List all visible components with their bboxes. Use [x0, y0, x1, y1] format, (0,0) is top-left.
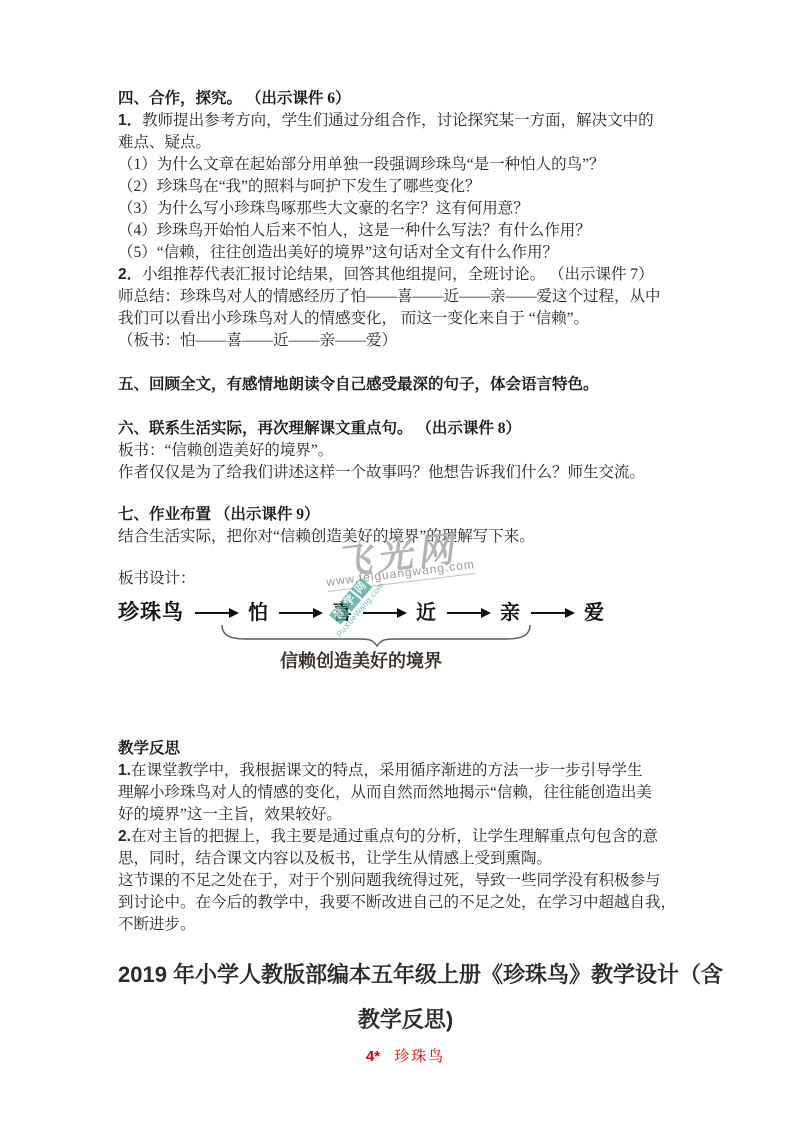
list-number: 2.: [118, 828, 131, 845]
text-line: （3）为什么写小珍珠鸟啄那些大文豪的名字？这有何用意？: [118, 198, 693, 220]
list-number: 1．: [118, 112, 142, 129]
text-line: 2.在对主旨的把握上，我主要是通过重点句的分析，让学生理解重点句包含的意: [118, 826, 693, 848]
text-line: 教学反思: [118, 738, 693, 760]
lesson-number: 4*: [366, 1048, 380, 1065]
lesson-name: 珍珠鸟: [394, 1049, 445, 1065]
text-line: （4）珍珠鸟开始怕人后来不怕人，这是一种什么写法？有什么作用？: [118, 220, 693, 242]
section: 四、合作，探究。 （出示课件 6）1．教师提出参考方向，学生们通过分组合作，讨论…: [118, 88, 693, 352]
text-line: 七、作业布置 （出示课件 9）: [118, 504, 693, 526]
section: 五、回顾全文，有感情地朗读令自己感受最深的句子，体会语言特色。: [118, 374, 693, 396]
board-term: 亲: [500, 602, 520, 624]
text-line: 思，同时，结合课文内容以及板书，让学生从情感上受到熏陶。: [118, 848, 693, 870]
document-page: { "page": {"background": "#ffffff", "tex…: [0, 0, 793, 1122]
document-title: 2019 年小学人教版部编本五年级上册《珍珠鸟》教学设计（含 教学反思): [118, 952, 693, 1042]
text-line: 板书：“信赖创造美好的境界”。: [118, 440, 693, 462]
text-line: 五、回顾全文，有感情地朗读令自己感受最深的句子，体会语言特色。: [118, 374, 693, 396]
board-caption: 信赖创造美好的境界: [280, 650, 442, 672]
board-term: 近: [416, 602, 436, 624]
text-line: 1.在课堂教学中，我根据课文的特点，采用循序渐进的方法一步一步引导学生: [118, 760, 693, 782]
text-line: 不断进步。: [118, 914, 693, 936]
board-subject: 珍珠鸟: [118, 602, 184, 624]
right-arrow-icon: [447, 612, 489, 614]
document-title-line1: 2019 年小学人教版部编本五年级上册《珍珠鸟》教学设计（含: [118, 952, 693, 997]
section: 六、联系生活实际，再次理解课文重点句。 （出示课件 8）板书：“信赖创造美好的境…: [118, 418, 693, 484]
text-line: 作者仅仅是为了给我们讲述这样一个故事吗？他想告诉我们什么？师生交流。: [118, 462, 693, 484]
right-arrow-icon: [531, 612, 573, 614]
text-line: 2．小组推荐代表汇报讨论结果，回答其他组提问，全班讨论。 （出示课件 7）: [118, 264, 693, 286]
text-line: 到讨论中。在今后的教学中，我要不断改进自己的不足之处，在学习中超越自我，: [118, 892, 693, 914]
text-line: （1）为什么文章在起始部分用单独一段强调珍珠鸟“是一种怕人的鸟”？: [118, 154, 693, 176]
lesson-number-line: 4*珍珠鸟: [118, 1046, 693, 1068]
text-line: 好的境界”这一主旨，效果较好。: [118, 804, 693, 826]
text-line: 1．教师提出参考方向，学生们通过分组合作，讨论探究某一方面，解决文中的: [118, 110, 693, 132]
lesson-sections: 四、合作，探究。 （出示课件 6）1．教师提出参考方向，学生们通过分组合作，讨论…: [118, 88, 693, 590]
board-design-diagram: 珍珠鸟怕喜近亲爱 信赖创造美好的境界: [118, 598, 693, 716]
text-line: （板书：怕——喜——近——亲——爱）: [118, 330, 693, 352]
board-term: 爱: [584, 602, 604, 624]
right-arrow-icon: [279, 612, 321, 614]
list-number: 2．: [118, 266, 142, 283]
text-line: 我们可以看出小珍珠鸟对人的情感变化， 而这一变化来自于 “信赖”。: [118, 308, 693, 330]
text-line: 难点、疑点。: [118, 132, 693, 154]
list-number: 1.: [118, 762, 131, 779]
document-title-line2: 教学反思): [118, 997, 693, 1042]
teaching-reflection: 教学反思1.在课堂教学中，我根据课文的特点，采用循序渐进的方法一步一步引导学生理…: [118, 738, 693, 936]
text-line: 这节课的不足之处在于，对于个别问题我统得过死，导致一些同学没有积极参与: [118, 870, 693, 892]
text-line: （5）“信赖，往往创造出美好的境界”这句话对全文有什么作用？: [118, 242, 693, 264]
text-line: 六、联系生活实际，再次理解课文重点句。 （出示课件 8）: [118, 418, 693, 440]
right-arrow-icon: [195, 612, 237, 614]
right-arrow-icon: [363, 612, 405, 614]
text-line: 师总结：珍珠鸟对人的情感经历了怕——喜——近——亲——爱这个过程，从中: [118, 286, 693, 308]
text-line: 四、合作，探究。 （出示课件 6）: [118, 88, 693, 110]
board-term: 怕: [248, 602, 268, 624]
text-line: （2）珍珠鸟在“我”的照料与呵护下发生了哪些变化？: [118, 176, 693, 198]
text-line: 理解小珍珠鸟对人的情感的变化，从而自然而然地揭示“信赖，往往能创造出美: [118, 782, 693, 804]
under-brace-shape: [220, 623, 532, 647]
